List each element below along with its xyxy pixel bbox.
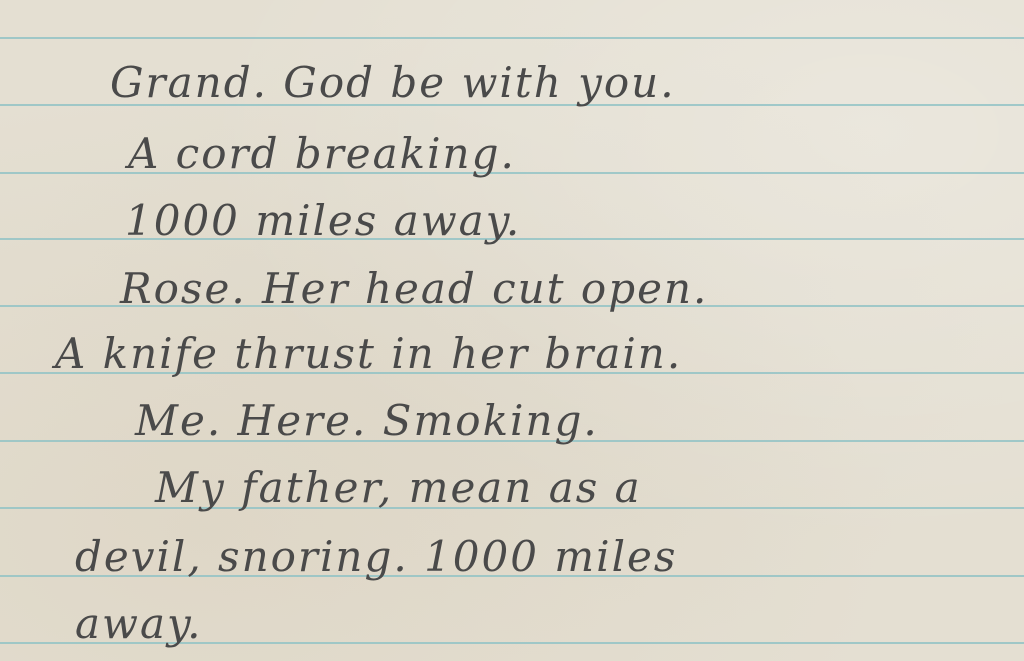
handwritten-line: 1000 miles away. [125,200,521,242]
handwritten-line: A knife thrust in her brain. [55,333,682,375]
handwritten-line: Rose. Her head cut open. [120,268,708,310]
handwritten-line: Grand. God be with you. [110,62,676,104]
notebook-page: Grand. God be with you. A cord breaking.… [0,0,1024,661]
handwritten-line: My father, mean as a [155,467,642,509]
handwritten-line: Me. Here. Smoking. [135,400,599,442]
handwritten-line: devil, snoring. 1000 miles [75,536,677,578]
handwritten-line: A cord breaking. [128,133,516,175]
handwritten-line: away. [75,603,203,645]
ruled-line [0,37,1024,39]
